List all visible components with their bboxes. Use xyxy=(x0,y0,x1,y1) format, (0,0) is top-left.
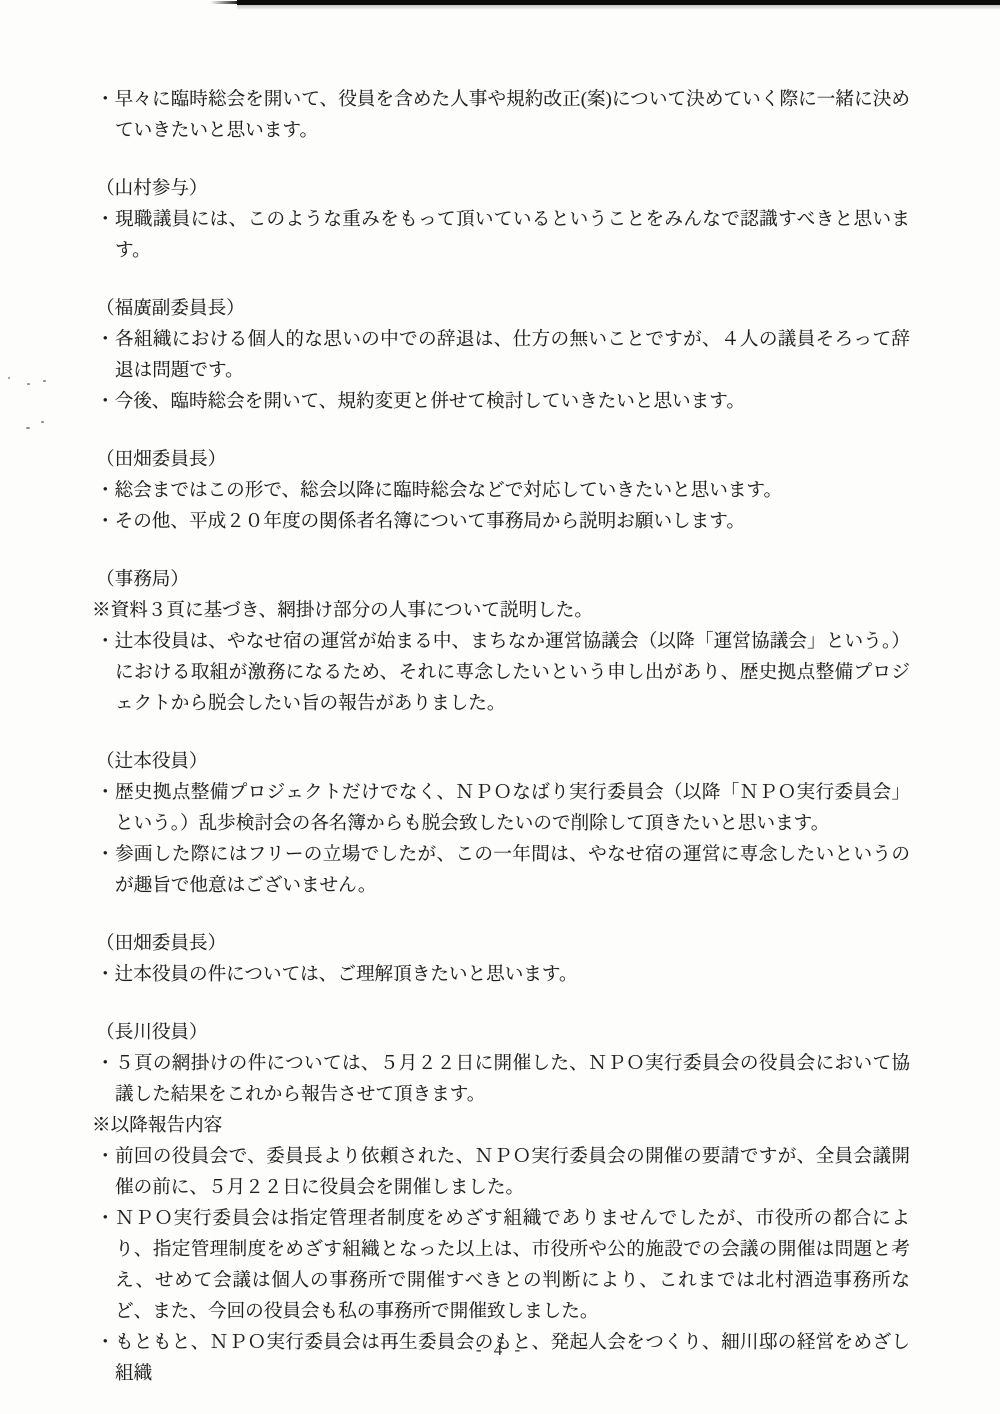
minutes-paragraph: ・ＮＰＯ実行委員会は指定管理者制度をめざす組織でありませんでしたが、市役所の都合… xyxy=(96,1203,910,1327)
paragraph-text: 歴史拠点整備プロジェクトだけでなく、ＮＰＯなばり実行委員会（以降「ＮＰＯ実行委員… xyxy=(115,782,910,834)
scan-speck xyxy=(43,380,46,382)
bullet-marker: ・ xyxy=(96,89,115,110)
minutes-paragraph: ・辻本役員は、やなせ宿の運営が始まる中、まちなか運営協議会（以降「運営協議会」と… xyxy=(96,626,910,719)
speaker-name: （長川役員） xyxy=(96,1022,208,1043)
paragraph-text: 早々に臨時総会を開いて、役員を含めた人事や規約改正(案)について決めていく際に一… xyxy=(115,89,910,141)
paragraph-text: 参画した際にはフリーの立場でしたが、この一年間は、やなせ宿の運営に専念したいとい… xyxy=(115,844,910,896)
speaker-heading: （山村参与） xyxy=(96,173,910,204)
paragraph-text: ５頁の網掛けの件については、５月２２日に開催した、ＮＰＯ実行委員会の役員会におい… xyxy=(115,1053,910,1105)
note-line: ※資料３頁に基づき、網掛け部分の人事について説明した。 xyxy=(92,595,910,626)
speaker-heading: （田畑委員長） xyxy=(96,928,910,959)
speaker-heading: （福廣副委員長） xyxy=(96,293,910,324)
bullet-marker: ・ xyxy=(96,964,115,985)
paragraph-text: 以降報告内容 xyxy=(111,1115,223,1136)
paragraph-text: 総会まではこの形で、総会以降に臨時総会などで対応していきたいと思います。 xyxy=(115,480,783,501)
speaker-name: （事務局） xyxy=(96,569,189,590)
minutes-paragraph: ・総会まではこの形で、総会以降に臨時総会などで対応していきたいと思います。 xyxy=(96,475,910,506)
bullet-marker: ・ xyxy=(96,782,115,803)
reference-mark-icon: ※ xyxy=(92,1115,111,1136)
paragraph-text: 辻本役員の件については、ご理解頂きたいと思います。 xyxy=(115,964,578,985)
scanned-minutes-page: ・早々に臨時総会を開いて、役員を含めた人事や規約改正(案)について決めていく際に… xyxy=(0,0,1000,1414)
speaker-name: （山村参与） xyxy=(96,178,208,199)
bullet-marker: ・ xyxy=(96,631,115,652)
paragraph-text: 現職議員には、このような重みをもって頂いているということをみんなで認識すべきと思… xyxy=(115,209,910,261)
scan-speck xyxy=(26,427,30,429)
speaker-name: （田畑委員長） xyxy=(96,933,226,954)
speaker-heading: （辻本役員） xyxy=(96,746,910,777)
bullet-marker: ・ xyxy=(96,480,115,501)
minutes-paragraph: ・各組織における個人的な思いの中での辞退は、仕方の無いことですが、４人の議員そろ… xyxy=(96,324,910,386)
speaker-name: （田畑委員長） xyxy=(96,449,226,470)
scan-speck xyxy=(27,383,30,385)
minutes-paragraph: ・歴史拠点整備プロジェクトだけでなく、ＮＰＯなばり実行委員会（以降「ＮＰＯ実行委… xyxy=(96,777,910,839)
bullet-marker: ・ xyxy=(96,329,115,350)
minutes-paragraph: ・前回の役員会で、委員長より依頼された、ＮＰＯ実行委員会の開催の要請ですが、全員… xyxy=(96,1141,910,1203)
bullet-marker: ・ xyxy=(96,1053,115,1074)
bullet-marker: ・ xyxy=(96,1146,115,1167)
scan-speck xyxy=(8,377,10,379)
page-number: - 4 - xyxy=(0,1340,1000,1360)
speaker-heading: （長川役員） xyxy=(96,1017,910,1048)
paragraph-text: 各組織における個人的な思いの中での辞退は、仕方の無いことですが、４人の議員そろっ… xyxy=(115,329,910,381)
scan-edge-shadow xyxy=(237,5,1000,10)
bullet-marker: ・ xyxy=(96,391,115,412)
speaker-name: （辻本役員） xyxy=(96,751,208,772)
bullet-marker: ・ xyxy=(96,1208,115,1229)
minutes-paragraph: ・その他、平成２０年度の関係者名簿について事務局から説明お願いします。 xyxy=(96,506,910,537)
paragraph-text: その他、平成２０年度の関係者名簿について事務局から説明お願いします。 xyxy=(115,511,745,532)
minutes-paragraph: ・今後、臨時総会を開いて、規約変更と併せて検討していきたいと思います。 xyxy=(96,386,910,417)
bullet-marker: ・ xyxy=(96,511,115,532)
scan-edge-artifact-tail xyxy=(210,1,240,4)
minutes-paragraph: ・参画した際にはフリーの立場でしたが、この一年間は、やなせ宿の運営に専念したいと… xyxy=(96,839,910,901)
speaker-heading: （事務局） xyxy=(96,564,910,595)
paragraph-text: 辻本役員は、やなせ宿の運営が始まる中、まちなか運営協議会（以降「運営協議会」とい… xyxy=(115,631,910,714)
scan-speck xyxy=(41,421,44,423)
minutes-paragraph: ・現職議員には、このような重みをもって頂いているということをみんなで認識すべきと… xyxy=(96,204,910,266)
note-line: ※以降報告内容 xyxy=(92,1110,910,1141)
reference-mark-icon: ※ xyxy=(92,600,111,621)
paragraph-text: 資料３頁に基づき、網掛け部分の人事について説明した。 xyxy=(111,600,593,621)
speaker-name: （福廣副委員長） xyxy=(96,298,245,319)
minutes-paragraph: ・早々に臨時総会を開いて、役員を含めた人事や規約改正(案)について決めていく際に… xyxy=(96,84,910,146)
bullet-marker: ・ xyxy=(96,844,115,865)
speaker-heading: （田畑委員長） xyxy=(96,444,910,475)
minutes-paragraph: ・辻本役員の件については、ご理解頂きたいと思います。 xyxy=(96,959,910,990)
minutes-paragraph: ・５頁の網掛けの件については、５月２２日に開催した、ＮＰＯ実行委員会の役員会にお… xyxy=(96,1048,910,1110)
paragraph-text: ＮＰＯ実行委員会は指定管理者制度をめざす組織でありませんでしたが、市役所の都合に… xyxy=(115,1208,910,1322)
paragraph-text: 前回の役員会で、委員長より依頼された、ＮＰＯ実行委員会の開催の要請ですが、全員会… xyxy=(115,1146,910,1198)
minutes-body: ・早々に臨時総会を開いて、役員を含めた人事や規約改正(案)について決めていく際に… xyxy=(96,84,910,1389)
bullet-marker: ・ xyxy=(96,209,115,230)
paragraph-text: 今後、臨時総会を開いて、規約変更と併せて検討していきたいと思います。 xyxy=(115,391,745,412)
